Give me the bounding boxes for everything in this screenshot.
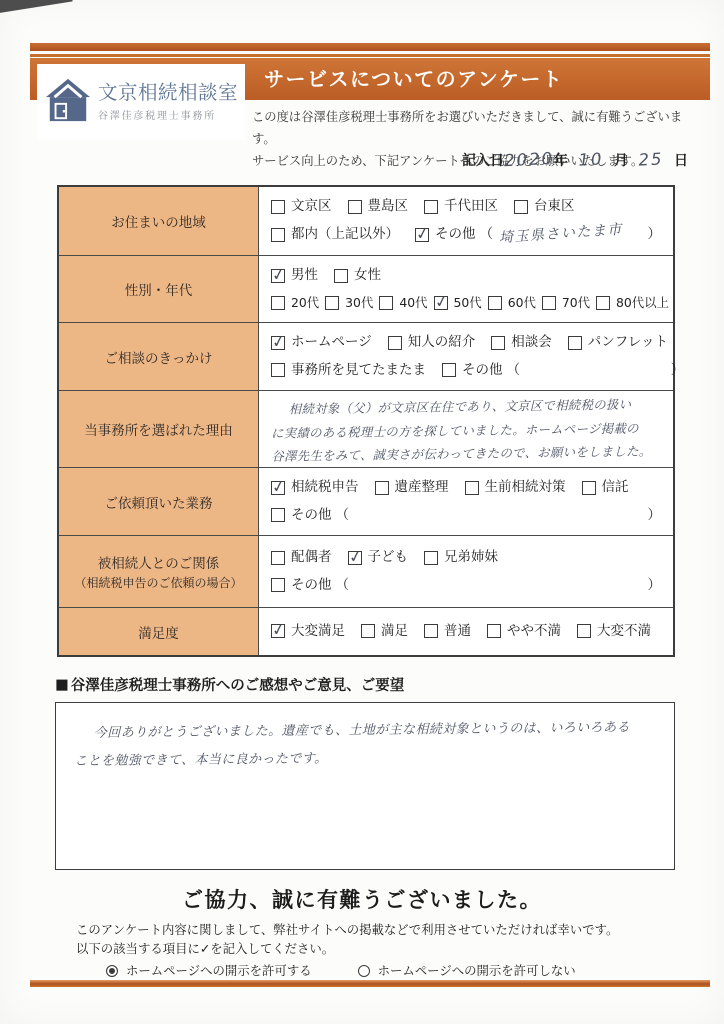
option-label: 千代田区 (444, 193, 498, 221)
checkbox-icon (488, 296, 502, 310)
survey-table: お住まいの地域 文京区 豊島区 千代田区 台東区 都内（上記以外） その他 （ … (57, 185, 675, 657)
other-fill-in[interactable]: （ 埼玉県さいたま市 ） (480, 220, 662, 249)
option-label: その他 (291, 502, 332, 530)
top-rule-thin (30, 54, 710, 57)
option-label: 満足 (381, 618, 408, 646)
checkbox-icon (271, 578, 285, 592)
option-label: 30代 (345, 290, 373, 315)
close-paren: ） (648, 502, 662, 530)
row-label-text: ご依頼頂いた業務 (105, 492, 213, 512)
checkbox-option-homepage[interactable]: ホームページ (271, 329, 372, 357)
checkbox-option-60s[interactable]: 60代 (488, 290, 536, 315)
table-row-residence: お住まいの地域 文京区 豊島区 千代田区 台東区 都内（上記以外） その他 （ … (59, 187, 673, 255)
checkbox-option-20s[interactable]: 20代 (271, 290, 319, 315)
row-content: 文京区 豊島区 千代田区 台東区 都内（上記以外） その他 （ 埼玉県さいたま市… (259, 187, 673, 255)
checkbox-icon (271, 551, 285, 565)
option-line: 事務所を見てたまたま その他 （ ） (271, 357, 684, 385)
row-sublabel-text: （相続税申告のご依頼の場合） (74, 574, 242, 591)
checkbox-option-toshima[interactable]: 豊島区 (348, 193, 409, 221)
option-label: 60代 (508, 290, 536, 315)
row-content: 大変満足 満足 普通 やや不満 大変不満 (259, 608, 679, 655)
checkbox-option-dissatisfied[interactable]: やや不満 (487, 618, 561, 646)
checkbox-icon (348, 551, 362, 565)
option-label: 大変不満 (597, 618, 651, 646)
checkbox-option-50s[interactable]: 50代 (434, 290, 482, 315)
checkbox-icon (568, 336, 582, 350)
checkbox-icon (361, 624, 375, 638)
row-content: 相続対象（父）が文京区在住であり、文京区で相続税の扱い に実績のある税理士の方を… (259, 391, 673, 467)
row-label: 被相続人とのご関係 （相続税申告のご依頼の場合） (59, 536, 259, 607)
row-content: 相続税申告 遺産整理 生前相続対策 信託 その他 （ ） (259, 468, 673, 535)
option-label: 女性 (354, 262, 381, 290)
option-label: 台東区 (534, 193, 575, 221)
feedback-comment-box[interactable]: 今回ありがとうございました。遺産でも、土地が主な相続対象というのは、いろいろある… (55, 702, 675, 870)
checkbox-option-taito[interactable]: 台東区 (514, 193, 575, 221)
option-label: 遺産整理 (395, 474, 449, 502)
option-label: 普通 (444, 618, 471, 646)
checkbox-icon (271, 336, 285, 350)
brand-logo: 文京相続相談室 谷澤佳彦税理士事務所 (37, 64, 245, 140)
feedback-title: 谷澤佳彦税理士事務所へのご感想やご意見、ご要望 (71, 674, 405, 695)
radio-option-deny-disclosure[interactable]: ホームページへの開示を許可しない (358, 961, 576, 980)
table-row-trigger: ご相談のきっかけ ホームページ 知人の紹介 相談会 パンフレット 事務所を見てた… (59, 322, 673, 390)
close-paren: ） (671, 357, 685, 385)
checkbox-icon (271, 296, 285, 310)
brand-name: 文京相続相談室 (98, 82, 238, 104)
checkbox-option-other[interactable]: その他 (442, 357, 503, 385)
handwritten-line: 谷澤先生をみて、誠実さが伝わってきたので、お願いをしました。 (271, 439, 661, 468)
option-label: 50代 (454, 290, 482, 315)
option-label: 相続税申告 (291, 474, 359, 502)
row-label-text: ご相談のきっかけ (105, 347, 213, 367)
option-label: 70代 (562, 290, 590, 315)
checkbox-option-walkby[interactable]: 事務所を見てたまたま (271, 357, 426, 385)
checkbox-option-spouse[interactable]: 配偶者 (271, 544, 332, 572)
option-line: 都内（上記以外） その他 （ 埼玉県さいたま市 ） (271, 220, 661, 249)
checkbox-icon (491, 336, 505, 350)
checkbox-icon (415, 228, 429, 242)
checkbox-icon (271, 624, 285, 638)
date-label: 記入日 (462, 150, 504, 170)
checkbox-option-seminar[interactable]: 相談会 (491, 329, 552, 357)
row-label: 満足度 (59, 608, 259, 655)
option-label: 文京区 (291, 193, 332, 221)
option-label: 40代 (399, 290, 427, 315)
option-label: 信託 (602, 474, 629, 502)
checkbox-option-30s[interactable]: 30代 (325, 290, 373, 315)
option-label: その他 (462, 357, 503, 385)
date-year-value[interactable]: 2020 (504, 149, 555, 171)
checkbox-option-sibling[interactable]: 兄弟姉妹 (424, 544, 498, 572)
radio-label: ホームページへの開示を許可する (126, 961, 312, 980)
option-line: 男性 女性 (271, 262, 675, 290)
row-label-text: お住まいの地域 (111, 211, 206, 231)
option-label: パンフレット (588, 329, 668, 357)
checkbox-option-male[interactable]: 男性 (271, 262, 318, 290)
handwritten-answer[interactable]: 相続対象（父）が文京区在住であり、文京区で相続税の扱い に実績のある税理士の方を… (271, 390, 662, 468)
checkbox-option-trust[interactable]: 信託 (582, 474, 629, 502)
checkbox-icon (271, 228, 285, 242)
checkbox-option-chiyoda[interactable]: 千代田区 (424, 193, 498, 221)
row-label: 性別・年代 (59, 256, 259, 322)
row-label-text: 性別・年代 (125, 279, 193, 299)
option-label: その他 (435, 221, 476, 249)
option-label: 大変満足 (291, 618, 345, 646)
checkbox-option-estate[interactable]: 遺産整理 (375, 474, 449, 502)
row-label: お住まいの地域 (59, 187, 259, 255)
row-label-text: 被相続人とのご関係 (98, 552, 220, 572)
checkbox-icon (424, 200, 438, 214)
handwritten-line: ことを勉強できて、本当に良かったです。 (74, 742, 656, 776)
checkbox-icon (582, 481, 596, 495)
checkbox-option-tonai[interactable]: 都内（上記以外） (271, 221, 399, 249)
option-line: ホームページ 知人の紹介 相談会 パンフレット (271, 329, 684, 357)
radio-icon (358, 965, 370, 977)
consent-options: ホームページへの開示を許可する ホームページへの開示を許可しない (76, 961, 666, 980)
date-year-unit: 年 (554, 150, 568, 170)
checkbox-option-bunkyo[interactable]: 文京区 (271, 193, 332, 221)
date-month-unit: 月 (614, 150, 628, 170)
table-row-relationship: 被相続人とのご関係 （相続税申告のご依頼の場合） 配偶者 子ども 兄弟姉妹 その… (59, 535, 673, 607)
table-row-services: ご依頼頂いた業務 相続税申告 遺産整理 生前相続対策 信託 その他 （ ） (59, 467, 673, 535)
checkbox-option-satisfied[interactable]: 満足 (361, 618, 408, 646)
option-line: 相続税申告 遺産整理 生前相続対策 信託 (271, 474, 661, 502)
checkbox-icon (424, 624, 438, 638)
row-content: 配偶者 子ども 兄弟姉妹 その他 （ ） (259, 536, 673, 607)
checkbox-icon (442, 363, 456, 377)
checkbox-option-40s[interactable]: 40代 (379, 290, 427, 315)
option-label: やや不満 (507, 618, 561, 646)
option-label: その他 (291, 572, 332, 600)
checkbox-option-referral[interactable]: 知人の紹介 (388, 329, 476, 357)
checkbox-icon (424, 551, 438, 565)
radio-option-allow-disclosure[interactable]: ホームページへの開示を許可する (106, 961, 312, 980)
checkbox-option-tax-return[interactable]: 相続税申告 (271, 474, 359, 502)
table-row-reason: 当事務所を選ばれた理由 相続対象（父）が文京区在住であり、文京区で相続税の扱い … (59, 390, 673, 467)
row-label: ご依頼頂いた業務 (59, 468, 259, 535)
option-label: 20代 (291, 290, 319, 315)
checkbox-icon (487, 624, 501, 638)
checkbox-option-planning[interactable]: 生前相続対策 (465, 474, 566, 502)
checkbox-icon (271, 200, 285, 214)
checkbox-option-very-satisfied[interactable]: 大変満足 (271, 618, 345, 646)
other-fill-in[interactable]: （ ） (336, 502, 662, 530)
other-fill-in[interactable]: （ ） (507, 357, 685, 385)
checkbox-option-child[interactable]: 子ども (348, 544, 409, 572)
date-day-value[interactable]: 25 (628, 149, 675, 170)
scan-artifact (0, 0, 73, 14)
square-bullet-icon: ■ (55, 677, 69, 693)
checkbox-icon (375, 481, 389, 495)
radio-icon (106, 965, 118, 977)
option-label: 男性 (291, 262, 318, 290)
close-paren: ） (648, 221, 662, 249)
option-label: 相談会 (511, 329, 552, 357)
checkbox-icon (434, 296, 448, 310)
footer-consent: このアンケート内容に関しまして、弊社サイトへの掲載などで利用させていただければ幸… (76, 920, 666, 981)
option-label: 都内（上記以外） (291, 221, 399, 249)
house-logo-icon (45, 77, 91, 127)
open-paren: （ (480, 221, 494, 249)
fill-date: 記入日 2020 年 10 月 25 日 (462, 150, 688, 170)
row-content: 男性 女性 20代 30代 40代 50代 60代 70代 80代以上 (259, 256, 687, 322)
checkbox-icon (271, 269, 285, 283)
checkbox-icon (577, 624, 591, 638)
date-day-unit: 日 (674, 150, 688, 170)
checkbox-icon (514, 200, 528, 214)
option-line: その他 （ ） (271, 572, 661, 600)
row-label: ご相談のきっかけ (59, 323, 259, 390)
table-row-gender-age: 性別・年代 男性 女性 20代 30代 40代 50代 60代 70代 80代以… (59, 255, 673, 322)
checkbox-icon (596, 296, 610, 310)
checkbox-icon (388, 336, 402, 350)
checkbox-icon (379, 296, 393, 310)
close-paren: ） (648, 572, 662, 600)
page-title: サービスについてのアンケート (264, 58, 710, 100)
feedback-section-header: ■ 谷澤佳彦税理士事務所へのご感想やご意見、ご要望 (55, 674, 404, 695)
option-label: 80代以上 (616, 290, 669, 315)
open-paren: （ (507, 357, 521, 385)
row-content: ホームページ 知人の紹介 相談会 パンフレット 事務所を見てたまたま その他 （… (259, 323, 696, 390)
checkbox-icon (334, 269, 348, 283)
option-label: 生前相続対策 (485, 474, 566, 502)
checkbox-option-female[interactable]: 女性 (334, 262, 381, 290)
option-line: 20代 30代 40代 50代 60代 70代 80代以上 (271, 290, 675, 315)
brand-text: 文京相続相談室 谷澤佳彦税理士事務所 (98, 82, 238, 122)
checkbox-option-70s[interactable]: 70代 (542, 290, 590, 315)
checkbox-icon (271, 363, 285, 377)
intro-line-1: この度は谷澤佳彦税理士事務所をお選びいただきまして、誠に有難うございます。 (252, 106, 692, 150)
checkbox-icon (271, 481, 285, 495)
checkbox-icon (348, 200, 362, 214)
date-month-value[interactable]: 10 (568, 149, 615, 170)
handwritten-comment: 今回ありがとうございました。遺産でも、土地が主な相続対象というのは、いろいろある… (74, 714, 657, 776)
option-line: 大変満足 満足 普通 やや不満 大変不満 (271, 618, 667, 646)
top-rule (30, 43, 710, 51)
option-label: 配偶者 (291, 544, 332, 572)
bottom-rule (30, 980, 710, 987)
option-label: ホームページ (291, 329, 372, 357)
closing-thanks: ご協力、誠に有難うございました。 (0, 884, 724, 914)
checkbox-option-neutral[interactable]: 普通 (424, 618, 471, 646)
consent-line-2: 以下の該当する項目に✓を記入してください。 (76, 939, 666, 958)
checkbox-icon (271, 508, 285, 522)
checkbox-option-very-dissatisfied[interactable]: 大変不満 (577, 618, 651, 646)
checkbox-option-other[interactable]: その他 (271, 502, 332, 530)
checkbox-icon (465, 481, 479, 495)
option-line: 配偶者 子ども 兄弟姉妹 (271, 544, 661, 572)
scanned-survey-page: サービスについてのアンケート 文京相続相談室 谷澤佳彦税理士事務所 この度は谷澤… (0, 0, 724, 1024)
table-row-satisfaction: 満足度 大変満足 満足 普通 やや不満 大変不満 (59, 607, 673, 655)
open-paren: （ (336, 572, 350, 600)
consent-line-1: このアンケート内容に関しまして、弊社サイトへの掲載などで利用させていただければ幸… (76, 920, 666, 939)
option-label: 子ども (368, 544, 409, 572)
other-fill-in[interactable]: （ ） (336, 572, 662, 600)
checkbox-option-80s[interactable]: 80代以上 (596, 290, 669, 315)
option-label: 知人の紹介 (408, 329, 476, 357)
row-label: 当事務所を選ばれた理由 (59, 391, 259, 467)
handwritten-value: 埼玉県さいたま市 (498, 216, 624, 253)
checkbox-icon (325, 296, 339, 310)
checkbox-option-other[interactable]: その他 (415, 221, 476, 249)
brand-subname: 谷澤佳彦税理士事務所 (98, 107, 238, 122)
open-paren: （ (336, 502, 350, 530)
checkbox-option-pamphlet[interactable]: パンフレット (568, 329, 668, 357)
radio-label: ホームページへの開示を許可しない (378, 961, 576, 980)
checkbox-icon (542, 296, 556, 310)
row-label-text: 満足度 (138, 622, 179, 642)
option-label: 兄弟姉妹 (444, 544, 498, 572)
option-line: その他 （ ） (271, 502, 661, 530)
row-label-text: 当事務所を選ばれた理由 (84, 419, 233, 439)
checkbox-option-other[interactable]: その他 (271, 572, 332, 600)
option-label: 事務所を見てたまたま (291, 357, 426, 385)
option-label: 豊島区 (368, 193, 409, 221)
